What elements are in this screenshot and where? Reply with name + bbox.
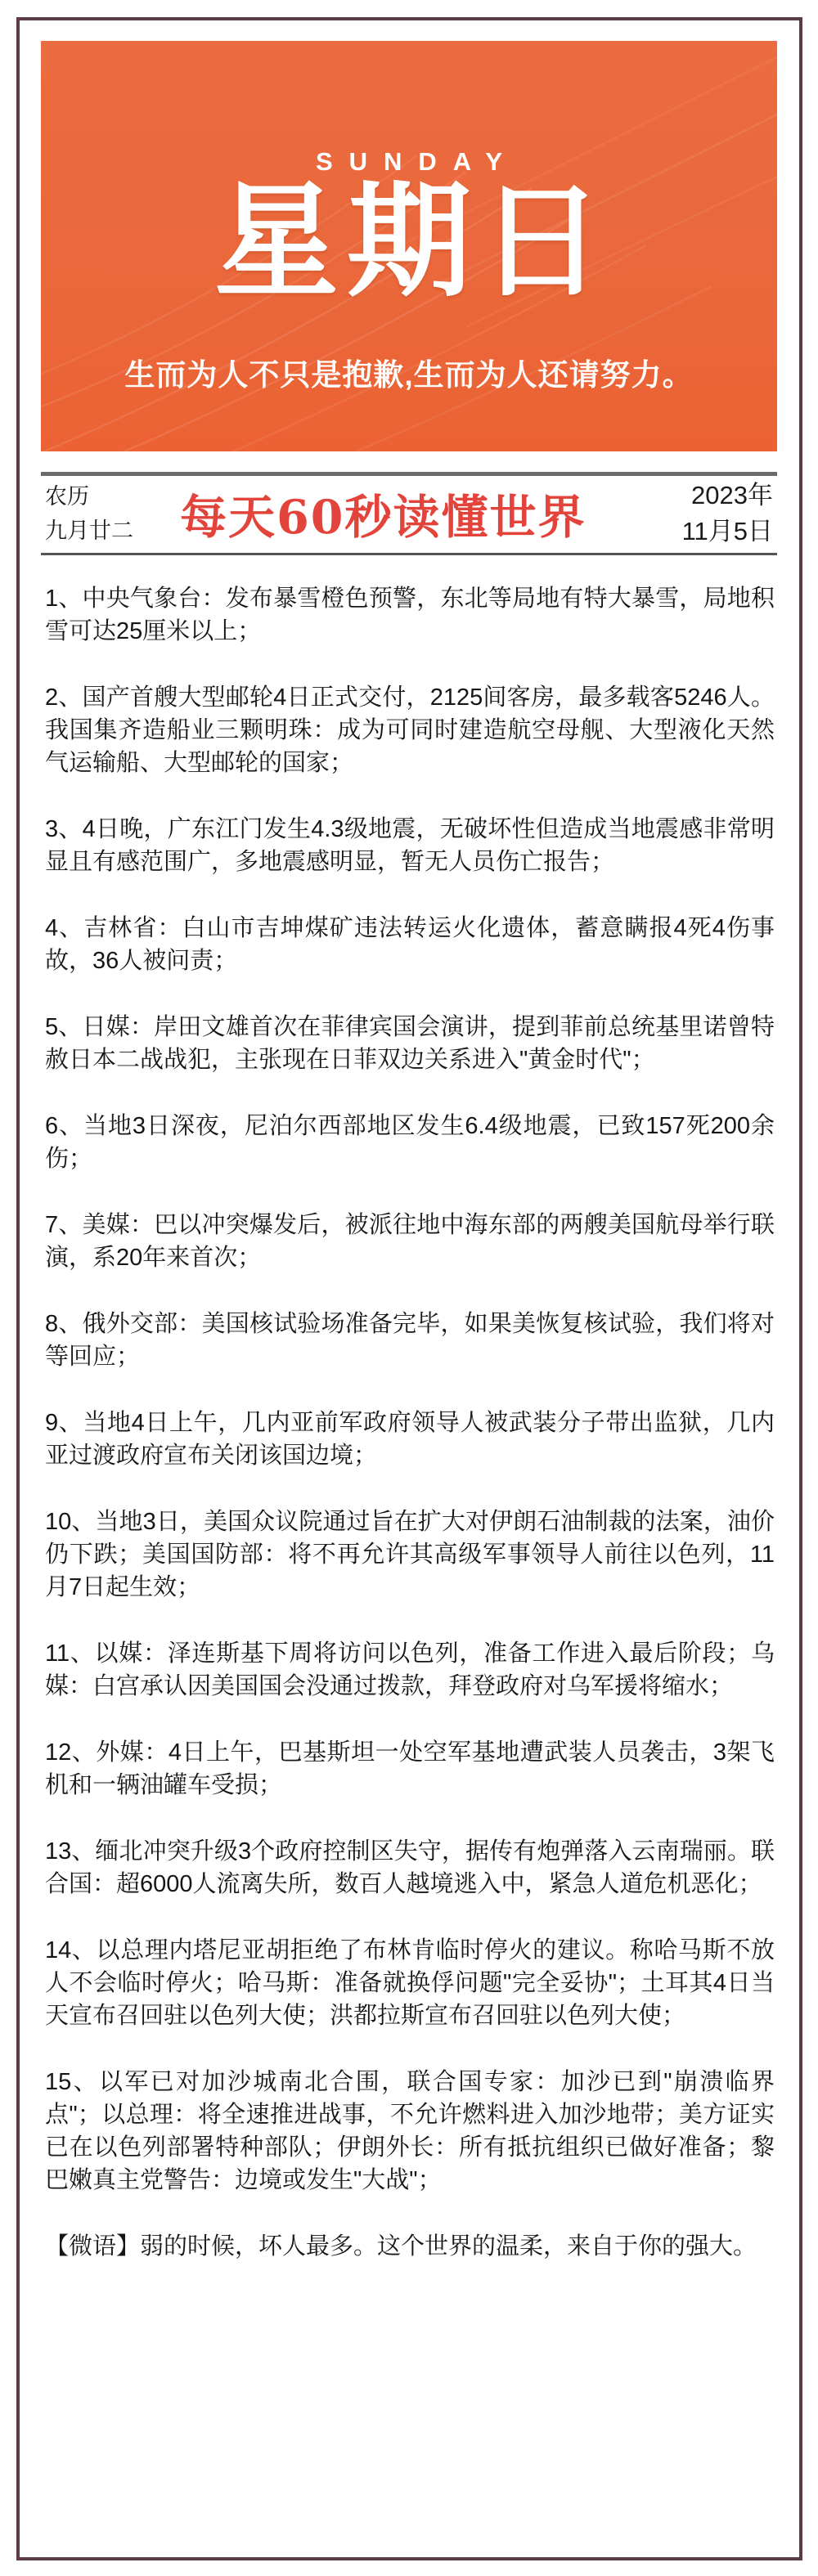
- subheader-bottom-rule: [41, 553, 777, 555]
- news-item: 13、缅北冲突升级3个政府控制区失守，据传有炮弹落入云南瑞丽。联合国：超6000…: [45, 1835, 775, 1901]
- banner-motto: 生而为人不只是抱歉,生而为人还请努力。: [41, 350, 777, 394]
- news-item: 7、美媒：巴以冲突爆发后，被派往地中海东部的两艘美国航母举行联演，系20年来首次…: [45, 1209, 775, 1274]
- news-item: 5、日媒：岸田文雄首次在菲律宾国会演讲，提到菲前总统基里诺曾特赦日本二战战犯，主…: [45, 1011, 775, 1076]
- news-item: 6、当地3日深夜，尼泊尔西部地区发生6.4级地震，已致157死200余伤；: [45, 1110, 775, 1175]
- daily-digest-title: 每天60秒读懂世界: [180, 480, 586, 547]
- news-item: 14、以总理内塔尼亚胡拒绝了布林肯临时停火的建议。称哈马斯不放人不会临时停火；哈…: [45, 1934, 775, 2032]
- subheader-top-rule: [41, 472, 777, 476]
- weekday-chinese-title: 星期日: [41, 164, 777, 319]
- news-list: 1、中央气象台：发布暴雪橙色预警，东北等局地有特大暴雪，局地积雪可达25厘米以上…: [45, 582, 775, 2263]
- lunar-date: 九月廿二: [45, 514, 133, 548]
- news-item: 15、以军已对加沙城南北合围，联合国专家：加沙已到"崩溃临界点"；以总理：将全速…: [45, 2066, 775, 2197]
- news-item: 12、外媒：4日上午，巴基斯坦一处空军基地遭武装人员袭击，3架飞机和一辆油罐车受…: [45, 1736, 775, 1802]
- news-item: 3、4日晚，广东江门发生4.3级地震，无破坏性但造成当地震感非常明显且有感范围广…: [45, 813, 775, 878]
- subheader-bar: 农历 九月廿二 每天60秒读懂世界 2023年 11月5日: [45, 479, 773, 548]
- news-item: 8、俄外交部：美国核试验场准备完毕，如果美恢复核试验，我们将对等回应；: [45, 1308, 775, 1373]
- date-label: 11月5日: [682, 514, 773, 550]
- news-item: 4、吉林省：白山市吉坤煤矿违法转运火化遗体，蓄意瞒报4死4伤事故，36人被问责；: [45, 912, 775, 977]
- news-item: 9、当地4日上午，几内亚前军政府领导人被武装分子带出监狱，几内亚过渡政府宣布关闭…: [45, 1407, 775, 1472]
- lunar-date-column: 农历 九月廿二: [45, 479, 133, 548]
- year-label: 2023年: [682, 478, 773, 514]
- news-item: 11、以媒：泽连斯基下周将访问以色列，准备工作进入最后阶段；乌媒：白宫承认因美国…: [45, 1637, 775, 1703]
- news-item: 2、国产首艘大型邮轮4日正式交付，2125间客房，最多载客5246人。我国集齐造…: [45, 681, 775, 779]
- lunar-label: 农历: [45, 479, 133, 514]
- gregorian-date-column: 2023年 11月5日: [682, 478, 773, 550]
- weiyu-quote: 【微语】弱的时候，坏人最多。这个世界的温柔，来自于你的强大。: [45, 2230, 775, 2263]
- news-item: 10、当地3日，美国众议院通过旨在扩大对伊朗石油制裁的法案，油价仍下跌；美国国防…: [45, 1506, 775, 1604]
- weekday-banner: SUNDAY 星期日 生而为人不只是抱歉,生而为人还请努力。: [41, 41, 777, 451]
- news-item: 1、中央气象台：发布暴雪橙色预警，东北等局地有特大暴雪，局地积雪可达25厘米以上…: [45, 582, 775, 648]
